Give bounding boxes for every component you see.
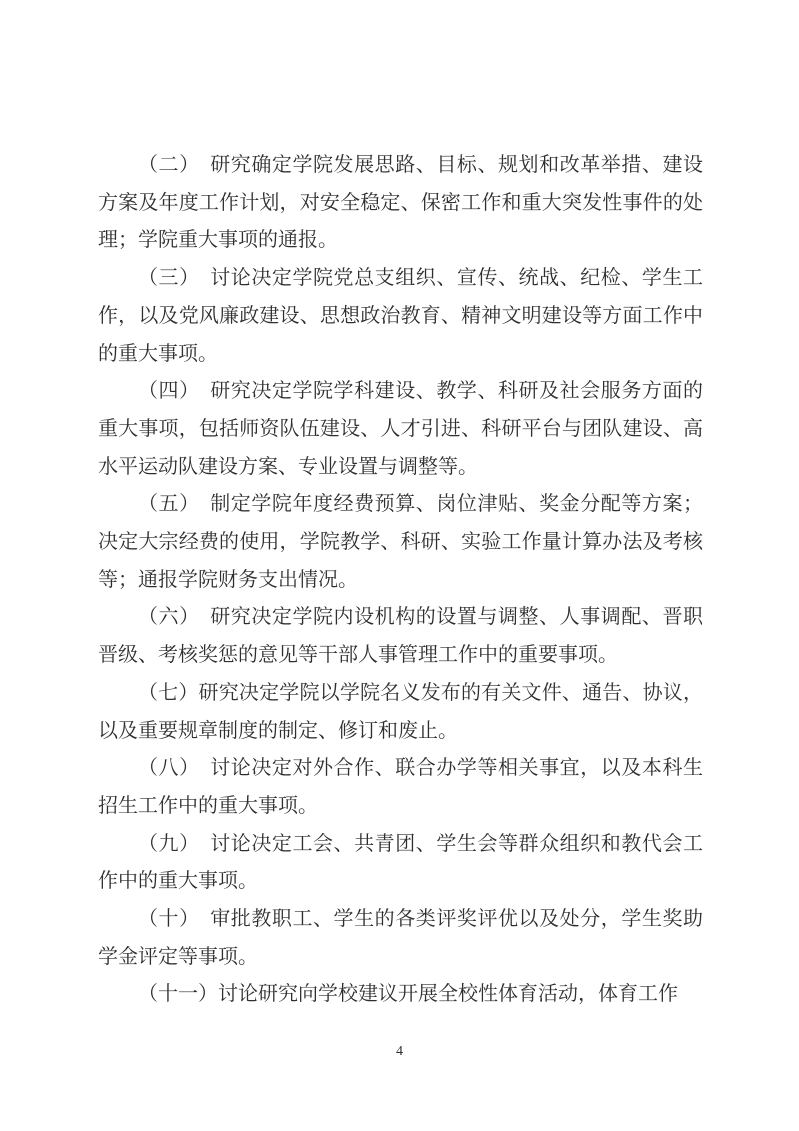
page-number: 4 <box>396 1044 403 1059</box>
paragraph: （九） 讨论决定工会、共青团、学生会等群众组织和教代会工作中的重大事项。 <box>98 826 703 901</box>
paragraph: （三） 讨论决定学院党总支组织、宣传、统战、纪检、学生工作，以及党风廉政建设、思… <box>98 260 703 373</box>
paragraph: （八） 讨论决定对外合作、联合办学等相关事宜，以及本科生招生工作中的重大事项。 <box>98 750 703 825</box>
paragraph: （六） 研究决定学院内设机构的设置与调整、人事调配、晋职晋级、考核奖惩的意见等干… <box>98 599 703 674</box>
paragraph: （二） 研究确定学院发展思路、目标、规划和改革举措、建设方案及年度工作计划，对安… <box>98 147 703 260</box>
page-footer: 4 <box>0 1042 799 1060</box>
paragraph: （七）研究决定学院以学院名义发布的有关文件、通告、协议，以及重要规章制度的制定、… <box>98 675 703 750</box>
document-body: （二） 研究确定学院发展思路、目标、规划和改革举措、建设方案及年度工作计划，对安… <box>98 147 703 1014</box>
paragraph: （十一）讨论研究向学校建议开展全校性体育活动，体育工作 <box>98 976 703 1014</box>
paragraph: （四） 研究决定学院学科建设、教学、科研及社会服务方面的重大事项，包括师资队伍建… <box>98 373 703 486</box>
document-page: （二） 研究确定学院发展思路、目标、规划和改革举措、建设方案及年度工作计划，对安… <box>0 0 799 1131</box>
paragraph: （十） 审批教职工、学生的各类评奖评优以及处分，学生奖助学金评定等事项。 <box>98 901 703 976</box>
paragraph: （五） 制定学院年度经费预算、岗位津贴、奖金分配等方案；决定大宗经费的使用，学院… <box>98 486 703 599</box>
